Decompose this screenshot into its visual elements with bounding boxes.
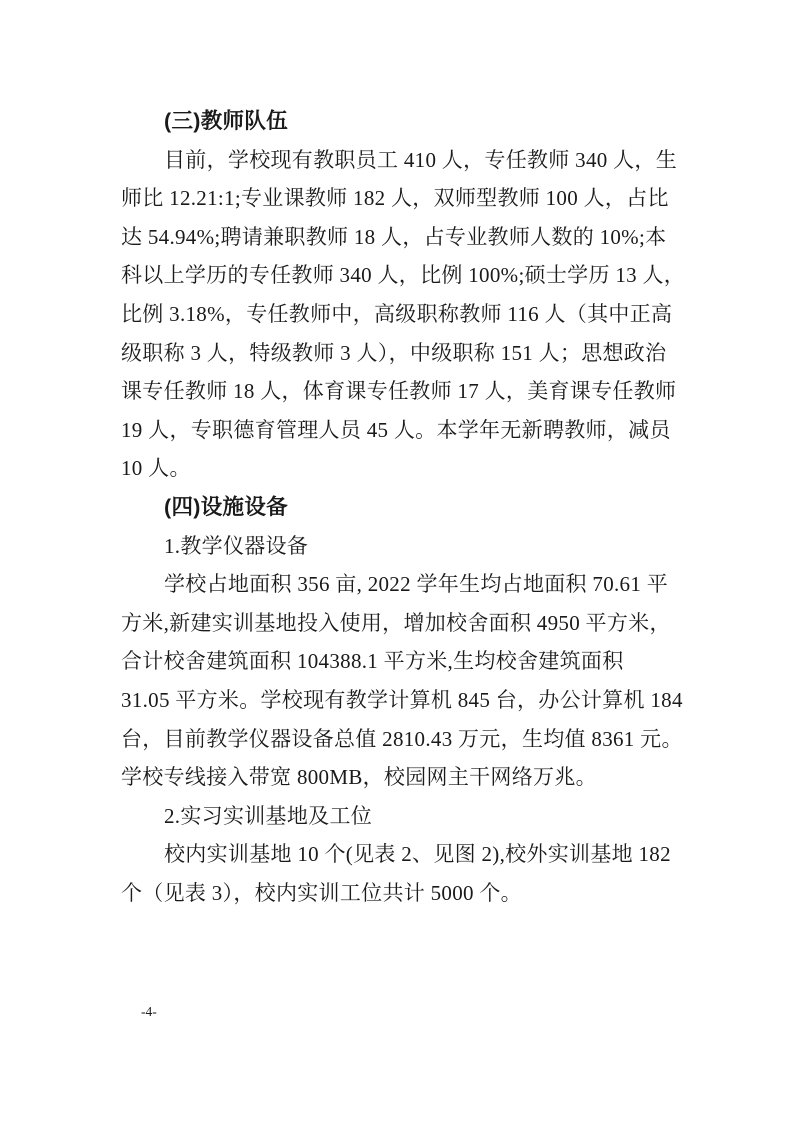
text-line: 科以上学历的专任教师 340 人，比例 100%;硕士学历 13 人， [121,256,693,295]
text-line: 方米,新建实训基地投入使用，增加校舍面积 4950 平方米， [121,604,693,643]
text-line: 比例 3.18%，专任教师中，高级职称教师 116 人（其中正高 [121,295,693,334]
text-line: 个（见表 3），校内实训工位共计 5000 个。 [121,874,693,913]
text-line: 目前，学校现有教职员工 410 人，专任教师 340 人，生 [121,141,693,180]
page-number: -4- [141,1003,157,1021]
subheading-training-bases: 2.实习实训基地及工位 [121,797,693,836]
section-heading-teachers: (三)教师队伍 [121,102,693,141]
body-text: (三)教师队伍 目前，学校现有教职员工 410 人，专任教师 340 人，生 师… [121,102,693,912]
document-page: (三)教师队伍 目前，学校现有教职员工 410 人，专任教师 340 人，生 师… [0,0,793,1122]
text-line: 课专任教师 18 人，体育课专任教师 17 人，美育课专任教师 [121,372,693,411]
text-line: 学校专线接入带宽 800MB，校园网主干网络万兆。 [121,758,693,797]
text-line: 校内实训基地 10 个(见表 2、见图 2),校外实训基地 182 [121,835,693,874]
text-line: 19 人，专职德育管理人员 45 人。本学年无新聘教师，减员 [121,411,693,450]
text-line: 台，目前教学仪器设备总值 2810.43 万元，生均值 8361 元。 [121,720,693,759]
text-line: 合计校舍建筑面积 104388.1 平方米,生均校舍建筑面积 [121,642,693,681]
text-line: 师比 12.21:1;专业课教师 182 人，双师型教师 100 人，占比 [121,179,693,218]
text-line: 达 54.94%;聘请兼职教师 18 人，占专业教师人数的 10%;本 [121,218,693,257]
text-line: 10 人。 [121,449,693,488]
subheading-teaching-equipment: 1.教学仪器设备 [121,527,693,566]
text-line: 级职称 3 人，特级教师 3 人），中级职称 151 人；思想政治 [121,334,693,373]
text-line: 学校占地面积 356 亩, 2022 学年生均占地面积 70.61 平 [121,565,693,604]
text-line: 31.05 平方米。学校现有教学计算机 845 台，办公计算机 184 [121,681,693,720]
section-heading-facilities: (四)设施设备 [121,488,693,527]
